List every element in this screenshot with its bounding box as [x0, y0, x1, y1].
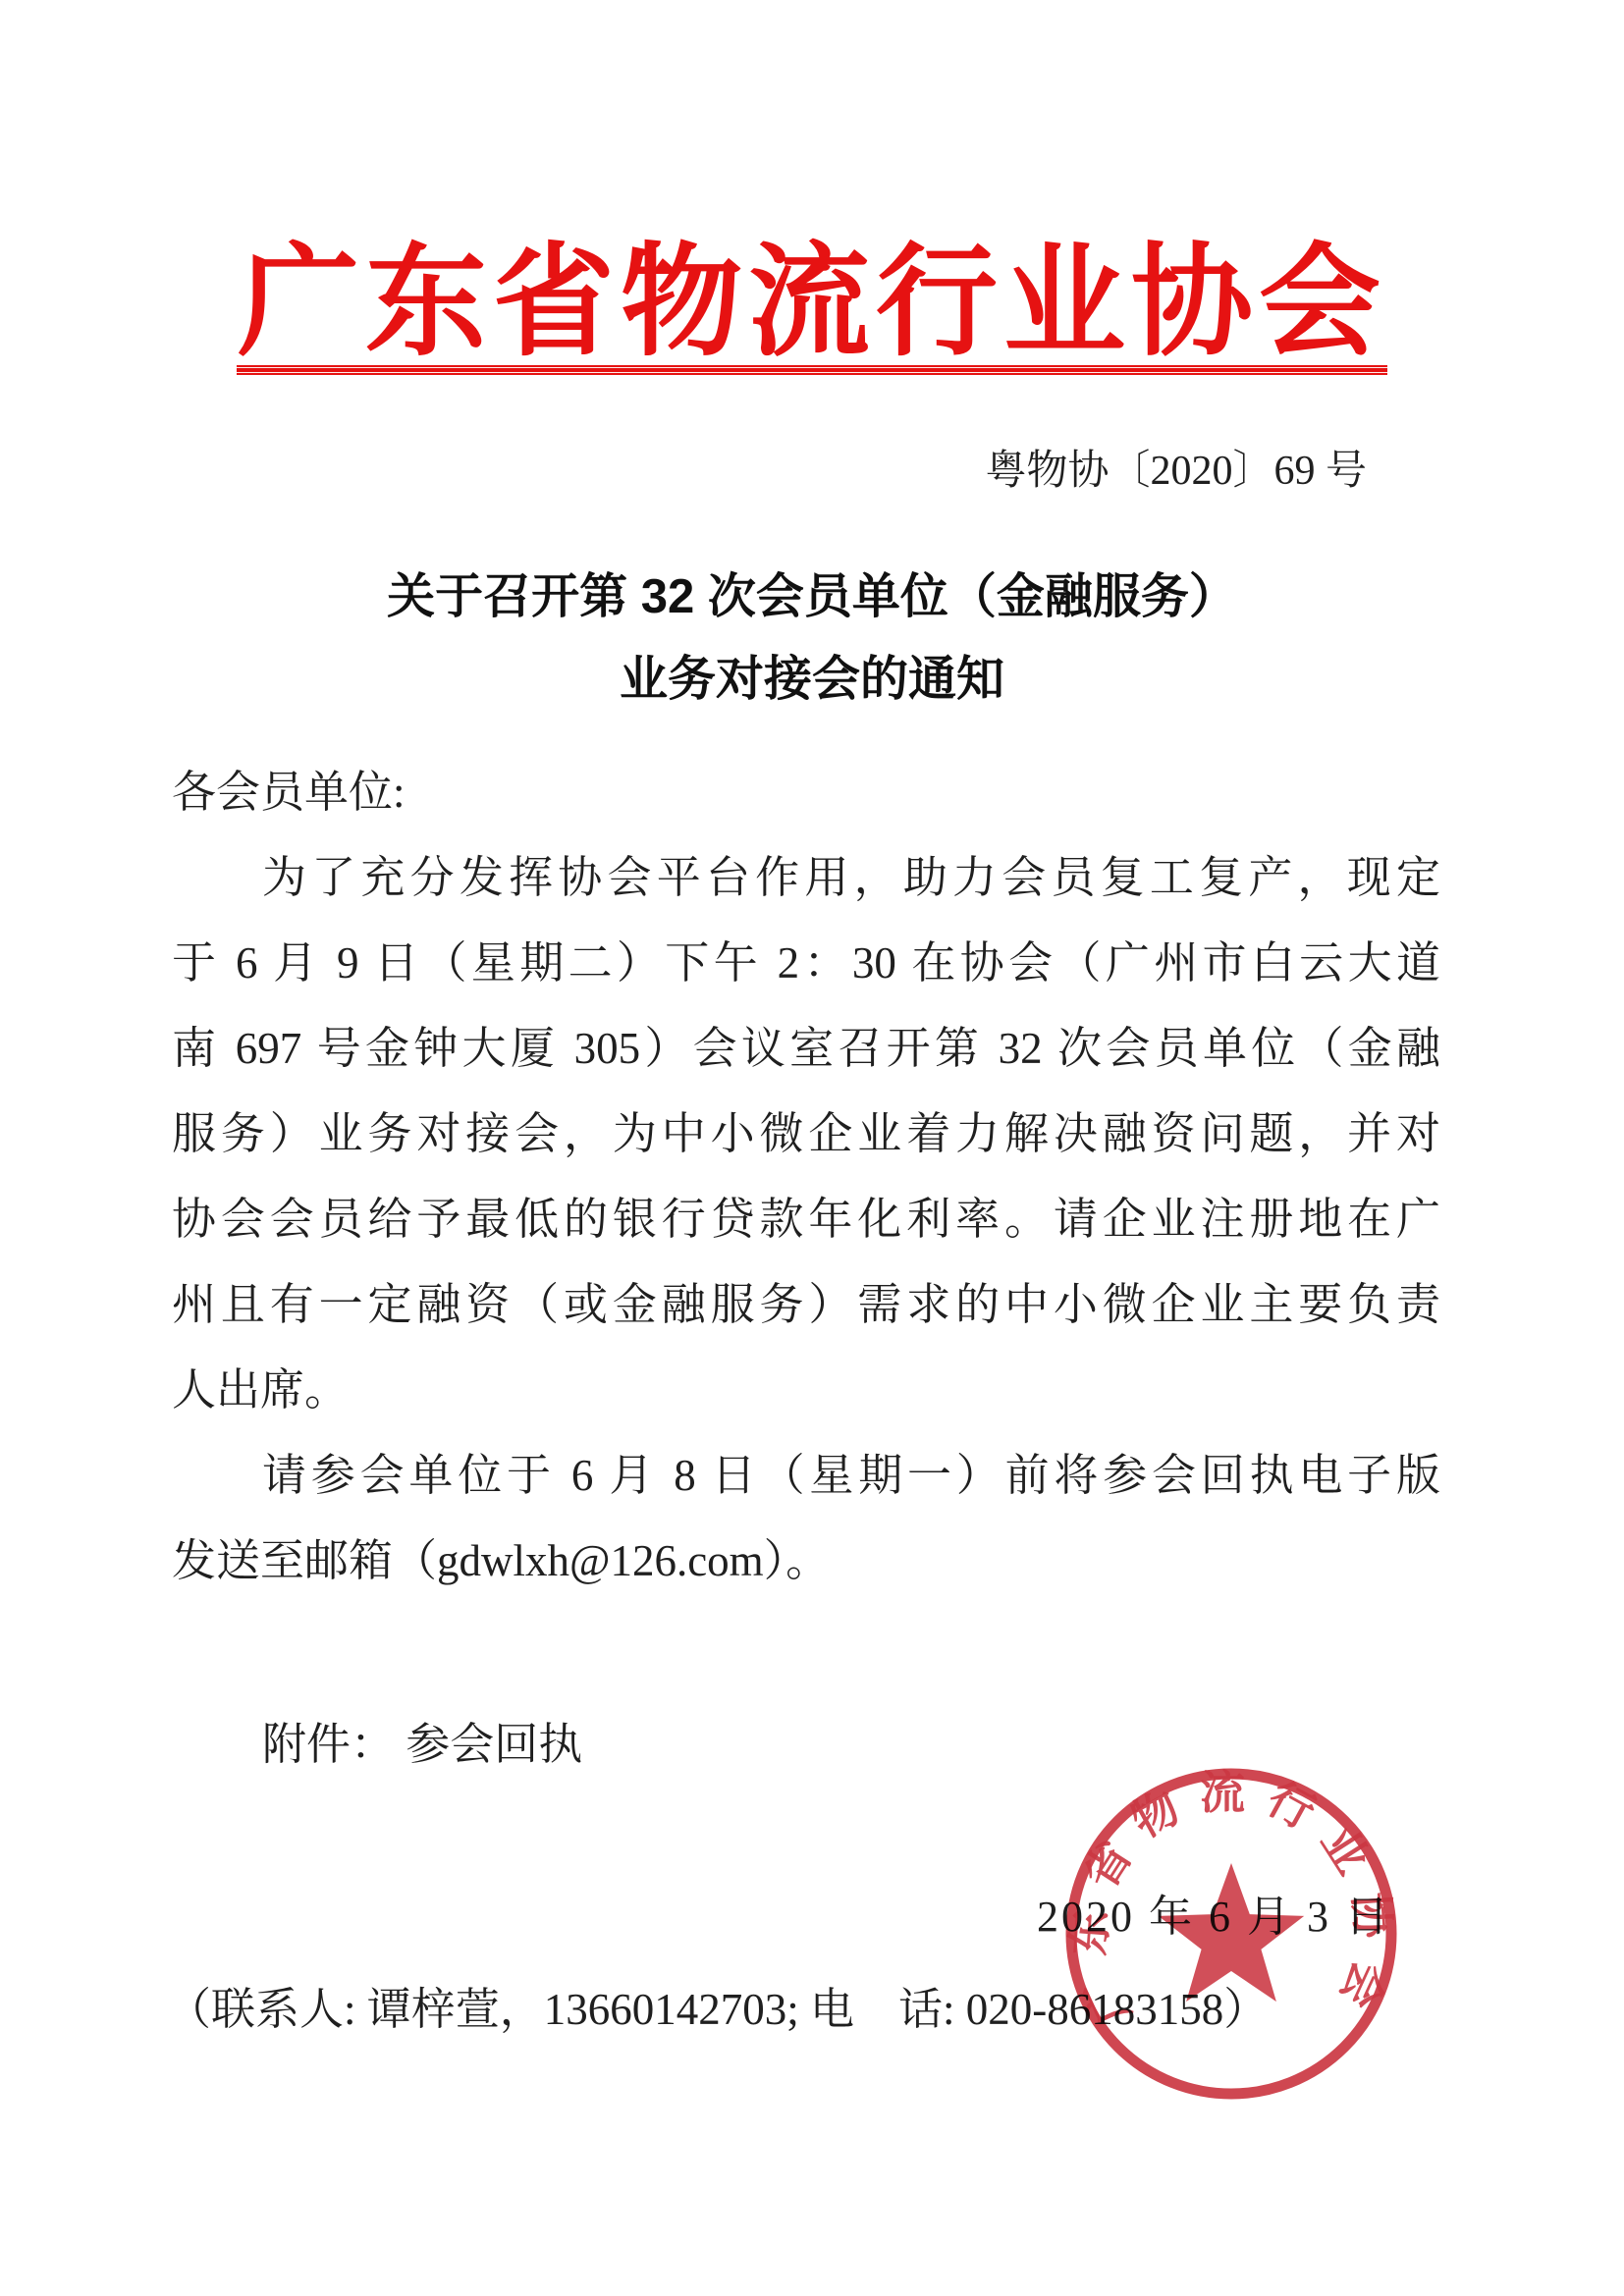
- paragraph-line: 协会会员给予最低的银行贷款年化利率。请企业注册地在广: [172, 1177, 1440, 1262]
- paragraph-line: 人出席。: [172, 1348, 1440, 1433]
- org-masthead: 广东省物流行业协会: [0, 204, 1624, 379]
- paragraph-line: 请参会单位于 6 月 8 日（星期一）前将参会回执电子版: [172, 1433, 1440, 1519]
- paragraph-line: 发送至邮箱（gdwlxh@126.com）。: [172, 1519, 1440, 1604]
- notice-title-line2: 业务对接会的通知: [0, 638, 1624, 721]
- paragraph-line: 为了充分发挥协会平台作用，助力会员复工复产，现定: [172, 835, 1440, 921]
- paragraph-line: 南 697 号金钟大厦 305）会议室召开第 32 次会员单位（金融: [172, 1006, 1440, 1092]
- document-page: 广东省物流行业协会 粤物协〔2020〕69 号 关于召开第 32 次会员单位（金…: [0, 0, 1624, 2296]
- paragraph-line: 服务）业务对接会，为中小微企业着力解决融资问题，并对: [172, 1092, 1440, 1177]
- stamp-star: [1159, 1863, 1304, 2002]
- official-stamp: 广东省物流行业协会: [1051, 1753, 1412, 2114]
- doc-number: 粤物协〔2020〕69 号: [985, 438, 1367, 497]
- attachment-note: 附件： 参会回执: [262, 1708, 582, 1772]
- notice-title-line1: 关于召开第 32 次会员单位（金融服务）: [0, 556, 1624, 638]
- salutation: 各会员单位:: [172, 750, 1440, 835]
- paragraph-line: 于 6 月 9 日（星期二）下午 2：30 在协会（广州市白云大道: [172, 921, 1440, 1006]
- body-text: 各会员单位: 为了充分发挥协会平台作用，助力会员复工复产，现定 于 6 月 9 …: [172, 750, 1440, 1604]
- notice-title: 关于召开第 32 次会员单位（金融服务） 业务对接会的通知: [0, 556, 1624, 721]
- masthead-divider: [237, 365, 1387, 375]
- paragraph-line: 州且有一定融资（或金融服务）需求的中小微企业主要负责: [172, 1262, 1440, 1348]
